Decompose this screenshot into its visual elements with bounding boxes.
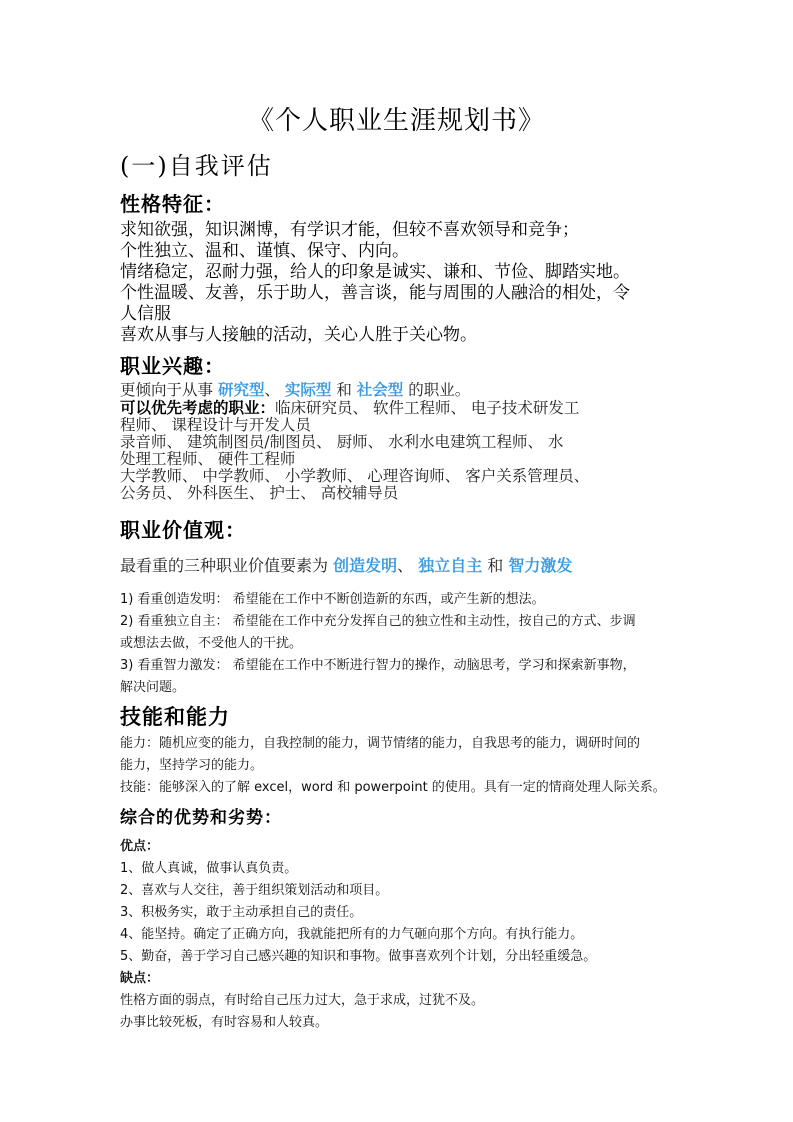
interest-intro: 更倾向于从事 研究型、 实际型 和 社会型 的职业。 bbox=[120, 381, 470, 399]
pro-item: 1、做人真诚，做事认真负责。 bbox=[120, 858, 596, 880]
values-line: 1) 看重创造发明： 希望能在工作中不断创造新的东西，或产生新的想法。 bbox=[120, 589, 636, 611]
jobs-line: 处理工程师、 硬件工程师 bbox=[120, 451, 589, 468]
interest-type-social: 社会型 bbox=[357, 380, 404, 399]
job-recommendations: 可以优先考虑的职业：临床研究员、 软件工程师、 电子技术研发工 程师、 课程设计… bbox=[120, 399, 589, 502]
personality-line: 喜欢从事与人接触的活动，关心人胜于关心物。 bbox=[120, 325, 630, 346]
pros-label: 优点： bbox=[120, 836, 596, 858]
jobs-line: 录音师、 建筑制图员/制图员、 厨师、 水利水电建筑工程师、 水 bbox=[120, 434, 589, 451]
values-intro-prefix: 最看重的三种职业价值要素为 bbox=[120, 556, 333, 575]
skills-text: 能力：随机应变的能力，自我控制的能力，调节情绪的能力，自我思考的能力，调研时间的… bbox=[120, 733, 666, 799]
cons-label: 缺点： bbox=[120, 968, 596, 990]
personality-line: 人信服 bbox=[120, 304, 630, 325]
personality-line: 个性温暖、友善，乐于助人，善言谈，能与周围的人融洽的相处，令 bbox=[120, 283, 630, 304]
personality-line: 个性独立、温和、谨慎、保守、内向。 bbox=[120, 241, 630, 262]
pro-item: 3、积极务实，敢于主动承担自己的责任。 bbox=[120, 902, 596, 924]
jobs-line: 临床研究员、 软件工程师、 电子技术研发工 bbox=[275, 399, 579, 417]
interest-type-research: 研究型 bbox=[218, 380, 265, 399]
value-independence: 独立自主 bbox=[418, 556, 482, 575]
jobs-line: 公务员、 外科医生、 护士、 高校辅导员 bbox=[120, 485, 589, 502]
pro-item: 4、能坚持。确定了正确方向，我就能把所有的力气砸向那个方向。有执行能力。 bbox=[120, 924, 596, 946]
heading-strengths-weaknesses: 综合的优势和劣势： bbox=[120, 803, 282, 828]
value-intellectual: 智力激发 bbox=[508, 556, 572, 575]
personality-line: 情绪稳定，忍耐力强，给人的印象是诚实、谦和、节俭、脚踏实地。 bbox=[120, 262, 630, 283]
jobs-line: 大学教师、 中学教师、 小学教师、 心理咨询师、 客户关系管理员、 bbox=[120, 468, 589, 485]
jobs-label: 可以优先考虑的职业： bbox=[120, 398, 275, 417]
document-title: 《个人职业生涯规划书》 bbox=[0, 100, 793, 137]
personality-line: 求知欲强，知识渊博，有学识才能，但较不喜欢领导和竞争； bbox=[120, 220, 630, 241]
interest-type-realistic: 实际型 bbox=[285, 380, 332, 399]
values-line: 解决问题。 bbox=[120, 677, 636, 699]
values-intro: 最看重的三种职业价值要素为 创造发明、 独立自主 和 智力激发 bbox=[120, 557, 572, 574]
value-creativity: 创造发明 bbox=[333, 556, 397, 575]
heading-interest: 职业兴趣： bbox=[120, 350, 225, 379]
con-item: 办事比较死板，有时容易和人较真。 bbox=[120, 1012, 596, 1034]
skills-line: 能力，坚持学习的能力。 bbox=[120, 755, 666, 777]
heading-values: 职业价值观： bbox=[120, 514, 246, 543]
pro-item: 2、喜欢与人交往，善于组织策划活动和项目。 bbox=[120, 880, 596, 902]
pro-item: 5、勤奋，善于学习自己感兴趣的知识和事物。做事喜欢列个计划，分出轻重缓急。 bbox=[120, 946, 596, 968]
con-item: 性格方面的弱点，有时给自己压力过大，急于求成，过犹不及。 bbox=[120, 990, 596, 1012]
separator: 、 bbox=[264, 381, 284, 399]
interest-intro-suffix: 的职业。 bbox=[403, 381, 470, 399]
skills-line: 能力：随机应变的能力，自我控制的能力，调节情绪的能力，自我思考的能力，调研时间的 bbox=[120, 733, 666, 755]
heading-skills: 技能和能力 bbox=[120, 701, 230, 731]
skills-line: 技能：能够深入的了解 excel，word 和 powerpoint 的使用。具… bbox=[120, 777, 666, 799]
conjunction: 和 bbox=[331, 381, 356, 399]
heading-personality: 性格特征： bbox=[120, 188, 225, 217]
document-page: 《个人职业生涯规划书》 (一)自我评估 性格特征： 求知欲强，知识渊博，有学识才… bbox=[0, 0, 793, 1122]
section-heading-self-assessment: (一)自我评估 bbox=[120, 146, 273, 181]
swot-text: 优点： 1、做人真诚，做事认真负责。 2、喜欢与人交往，善于组织策划活动和项目。… bbox=[120, 836, 596, 1034]
separator: 、 bbox=[397, 556, 418, 575]
values-line: 2) 看重独立自主： 希望能在工作中充分发挥自己的独立性和主动性，按自己的方式、… bbox=[120, 611, 636, 633]
values-details: 1) 看重创造发明： 希望能在工作中不断创造新的东西，或产生新的想法。 2) 看… bbox=[120, 589, 636, 699]
conjunction: 和 bbox=[482, 556, 508, 575]
personality-text: 求知欲强，知识渊博，有学识才能，但较不喜欢领导和竞争； 个性独立、温和、谨慎、保… bbox=[120, 220, 630, 346]
interest-intro-prefix: 更倾向于从事 bbox=[120, 381, 218, 399]
values-line: 3) 看重智力激发： 希望能在工作中不断进行智力的操作，动脑思考，学习和探索新事… bbox=[120, 655, 636, 677]
values-line: 或想法去做，不受他人的干扰。 bbox=[120, 633, 636, 655]
jobs-line: 程师、 课程设计与开发人员 bbox=[120, 417, 589, 434]
